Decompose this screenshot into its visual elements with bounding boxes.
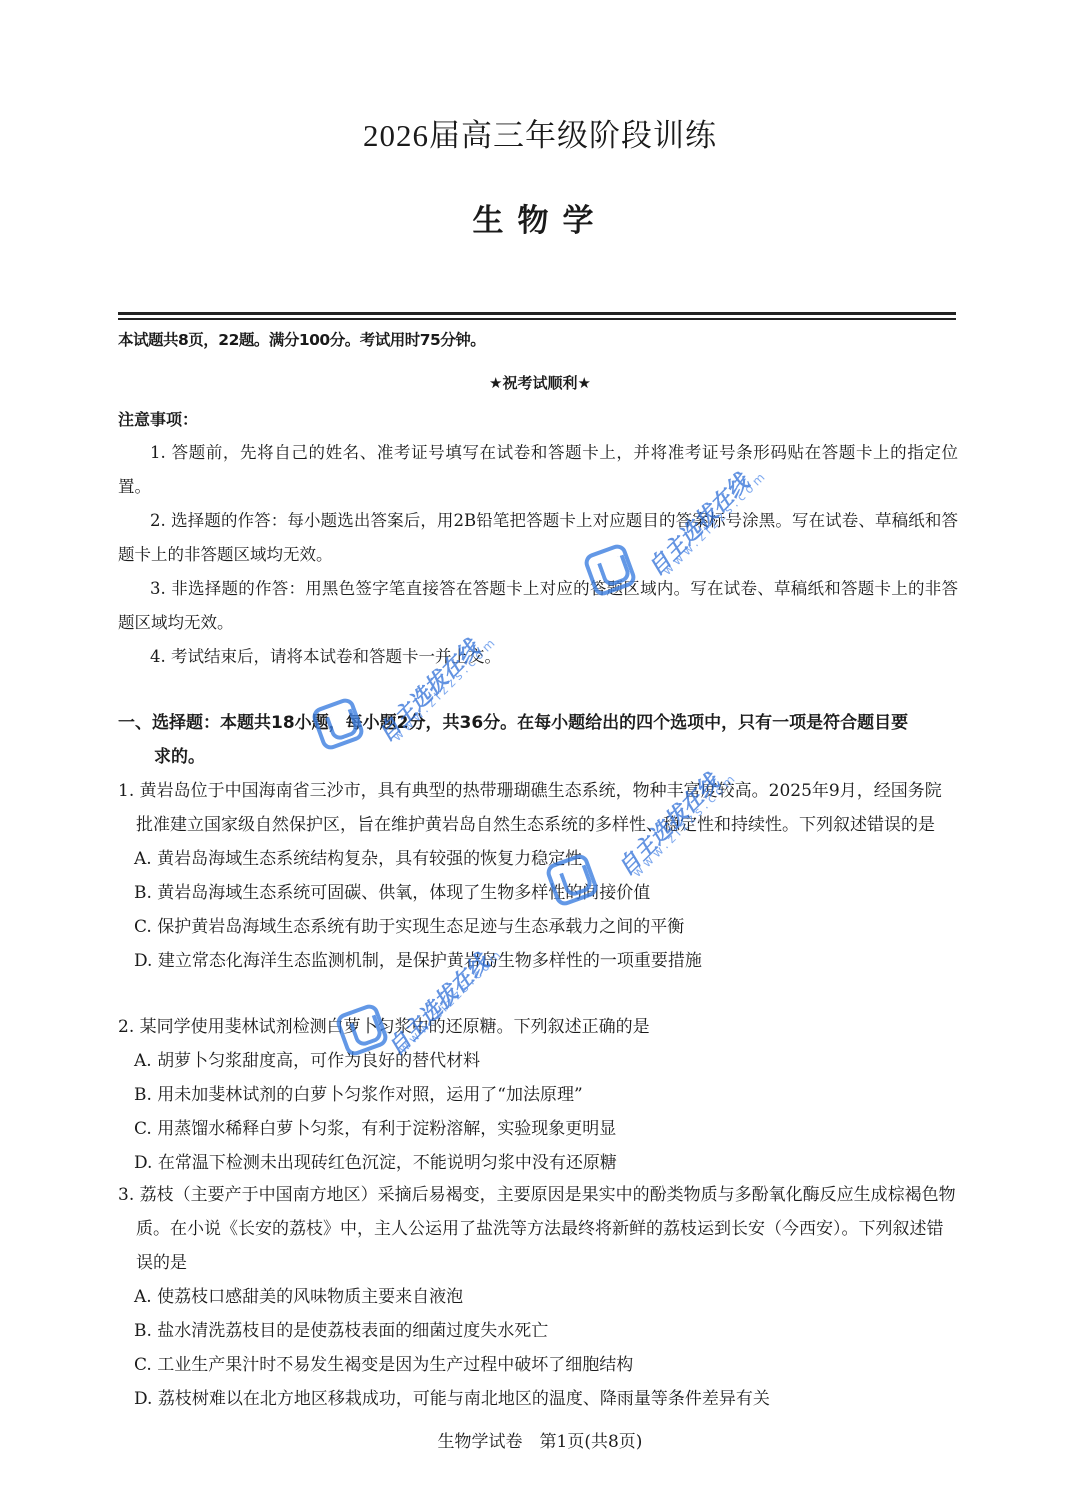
option-b: B. 盐水清洗荔枝目的是使荔枝表面的细菌过度失水死亡 — [118, 1314, 958, 1348]
option-c: C. 保护黄岩岛海域生态系统有助于实现生态足迹与生态承载力之间的平衡 — [118, 910, 958, 944]
option-a: A. 使荔枝口感甜美的风味物质主要来自液泡 — [118, 1280, 958, 1314]
option-d: D. 建立常态化海洋生态监测机制，是保护黄岩岛生物多样性的一项重要措施 — [118, 944, 958, 978]
question-stem: 1. 黄岩岛位于中国海南省三沙市，具有典型的热带珊瑚礁生态系统，物种丰富度较高。… — [118, 774, 958, 842]
option-d: D. 荔枝树难以在北方地区移栽成功，可能与南北地区的温度、降雨量等条件差异有关 — [118, 1382, 958, 1416]
option-a: A. 胡萝卜匀浆甜度高，可作为良好的替代材料 — [118, 1044, 958, 1078]
notice-title: 注意事项： — [118, 407, 198, 430]
option-a: A. 黄岩岛海域生态系统结构复杂，具有较强的恢复力稳定性 — [118, 842, 958, 876]
option-c: C. 工业生产果汁时不易发生褐变是因为生产过程中破坏了细胞结构 — [118, 1348, 958, 1382]
subject-title: 生物学 — [0, 195, 1080, 240]
page-footer: 生物学试卷 第1页(共8页) — [0, 1427, 1080, 1452]
notice-item-1: 1. 答题前，先将自己的姓名、准考证号填写在试卷和答题卡上，并将准考证号条形码贴… — [118, 436, 958, 504]
option-c: C. 用蒸馏水稀释白萝卜匀浆，有利于淀粉溶解，实验现象更明显 — [118, 1112, 958, 1146]
option-b: B. 用未加斐林试剂的白萝卜匀浆作对照，运用了“加法原理” — [118, 1078, 958, 1112]
section-heading: 一、选择题：本题共18小题，每小题2分，共36分。在每小题给出的四个选项中，只有… — [118, 706, 958, 774]
option-b: B. 黄岩岛海域生态系统可固碳、供氧，体现了生物多样性的间接价值 — [118, 876, 958, 910]
exam-info: 本试题共8页，22题。满分100分。考试用时75分钟。 — [118, 328, 485, 350]
divider-rule-top — [118, 312, 956, 315]
question-stem: 2. 某同学使用斐林试剂检测白萝卜匀浆中的还原糖。下列叙述正确的是 — [118, 1010, 958, 1044]
option-d: D. 在常温下检测未出现砖红色沉淀，不能说明匀浆中没有还原糖 — [118, 1146, 958, 1180]
question-1: 1. 黄岩岛位于中国海南省三沙市，具有典型的热带珊瑚礁生态系统，物种丰富度较高。… — [118, 774, 958, 978]
divider-rule-bottom — [118, 318, 956, 320]
good-luck-banner: ★祝考试顺利★ — [0, 372, 1080, 393]
section-heading-line1: 一、选择题：本题共18小题，每小题2分，共36分。在每小题给出的四个选项中，只有… — [118, 713, 908, 733]
notice-item-2: 2. 选择题的作答：每小题选出答案后，用2B铅笔把答题卡上对应题目的答案标号涂黑… — [118, 504, 958, 572]
question-3: 3. 荔枝（主要产于中国南方地区）采摘后易褐变，主要原因是果实中的酚类物质与多酚… — [118, 1178, 958, 1416]
notice-item-3: 3. 非选择题的作答：用黑色签字笔直接答在答题卡上对应的答题区域内。写在试卷、草… — [118, 572, 958, 640]
question-stem: 3. 荔枝（主要产于中国南方地区）采摘后易褐变，主要原因是果实中的酚类物质与多酚… — [118, 1178, 958, 1280]
notice-item-4: 4. 考试结束后，请将本试卷和答题卡一并上交。 — [118, 640, 958, 674]
section-heading-line2: 求的。 — [118, 740, 958, 774]
question-2: 2. 某同学使用斐林试剂检测白萝卜匀浆中的还原糖。下列叙述正确的是 A. 胡萝卜… — [118, 1010, 958, 1180]
exam-title: 2026届高三年级阶段训练 — [0, 110, 1080, 155]
exam-page: 2026届高三年级阶段训练 生物学 本试题共8页，22题。满分100分。考试用时… — [0, 0, 1080, 1511]
